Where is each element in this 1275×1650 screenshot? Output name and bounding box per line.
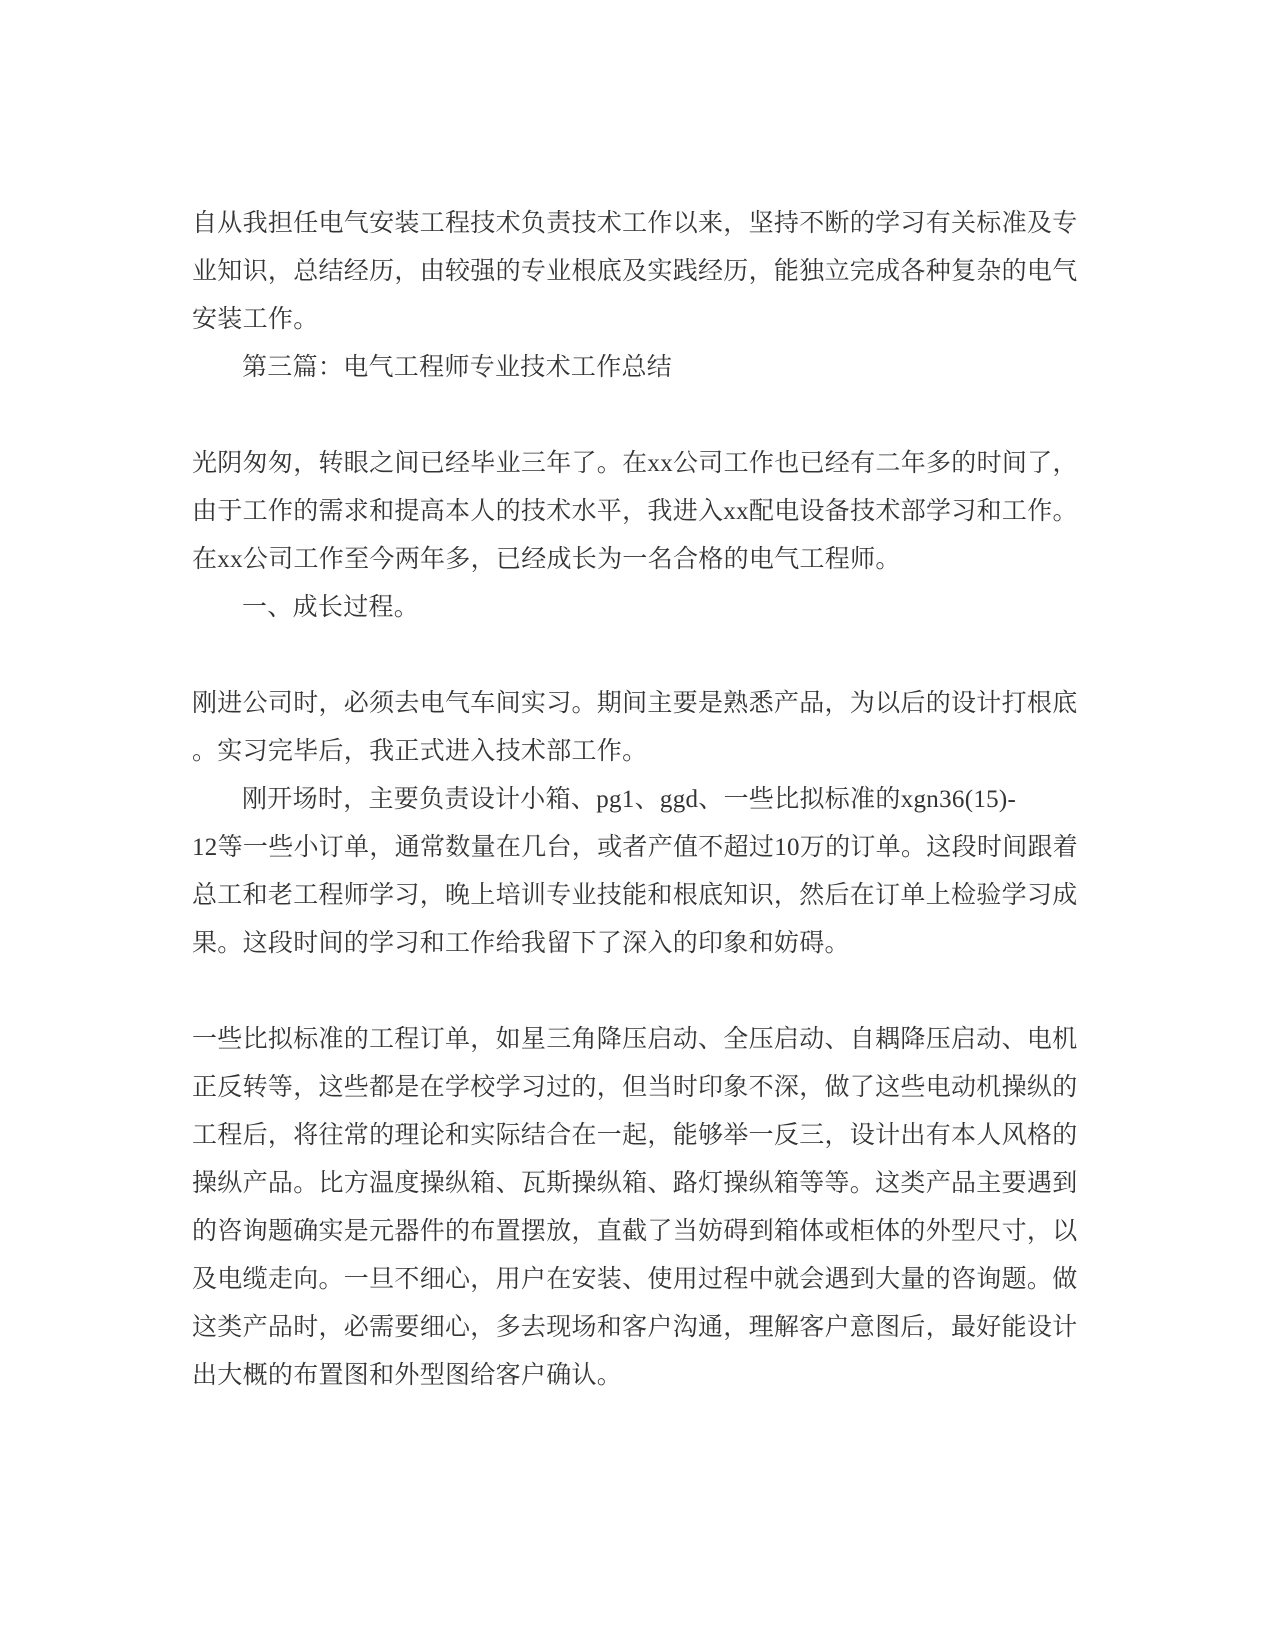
blank-line	[192, 632, 1112, 680]
text-line: 安装工作。	[192, 296, 1112, 344]
text-line: 果。这段时间的学习和工作给我留下了深入的印象和妨碍。	[192, 920, 1112, 968]
text-line: 一、成长过程。	[192, 584, 1112, 632]
text-line: 由于工作的需求和提高本人的技术水平，我进入xx配电设备技术部学习和工作。	[192, 488, 1112, 536]
text-line: 一些比拟标准的工程订单，如星三角降压启动、全压启动、自耦降压启动、电机	[192, 1016, 1112, 1064]
text-line: 工程后，将往常的理论和实际结合在一起，能够举一反三，设计出有本人风格的	[192, 1112, 1112, 1160]
document-body: 自从我担任电气安装工程技术负责技术工作以来，坚持不断的学习有关标准及专业知识，总…	[192, 200, 1112, 1400]
text-line: 这类产品时，必需要细心，多去现场和客户沟通，理解客户意图后，最好能设计	[192, 1304, 1112, 1352]
text-line: 。实习完毕后，我正式进入技术部工作。	[192, 728, 1112, 776]
text-line: 在xx公司工作至今两年多，已经成长为一名合格的电气工程师。	[192, 536, 1112, 584]
text-line: 刚进公司时，必须去电气车间实习。期间主要是熟悉产品，为以后的设计打根底	[192, 680, 1112, 728]
blank-line	[192, 968, 1112, 1016]
document-page: 自从我担任电气安装工程技术负责技术工作以来，坚持不断的学习有关标准及专业知识，总…	[0, 0, 1275, 1650]
blank-line	[192, 392, 1112, 440]
text-line: 及电缆走向。一旦不细心，用户在安装、使用过程中就会遇到大量的咨询题。做	[192, 1256, 1112, 1304]
text-line: 刚开场时，主要负责设计小箱、pg1、ggd、一些比拟标准的xgn36(15)-	[192, 776, 1112, 824]
text-line: 光阴匆匆，转眼之间已经毕业三年了。在xx公司工作也已经有二年多的时间了，	[192, 440, 1112, 488]
text-line: 出大概的布置图和外型图给客户确认。	[192, 1352, 1112, 1400]
text-line: 正反转等，这些都是在学校学习过的，但当时印象不深，做了这些电动机操纵的	[192, 1064, 1112, 1112]
text-line: 操纵产品。比方温度操纵箱、瓦斯操纵箱、路灯操纵箱等等。这类产品主要遇到	[192, 1160, 1112, 1208]
text-line: 12等一些小订单，通常数量在几台，或者产值不超过10万的订单。这段时间跟着	[192, 824, 1112, 872]
text-line: 总工和老工程师学习，晚上培训专业技能和根底知识，然后在订单上检验学习成	[192, 872, 1112, 920]
text-line: 的咨询题确实是元器件的布置摆放，直截了当妨碍到箱体或柜体的外型尺寸，以	[192, 1208, 1112, 1256]
text-line: 第三篇：电气工程师专业技术工作总结	[192, 344, 1112, 392]
text-line: 自从我担任电气安装工程技术负责技术工作以来，坚持不断的学习有关标准及专	[192, 200, 1112, 248]
text-line: 业知识，总结经历，由较强的专业根底及实践经历，能独立完成各种复杂的电气	[192, 248, 1112, 296]
